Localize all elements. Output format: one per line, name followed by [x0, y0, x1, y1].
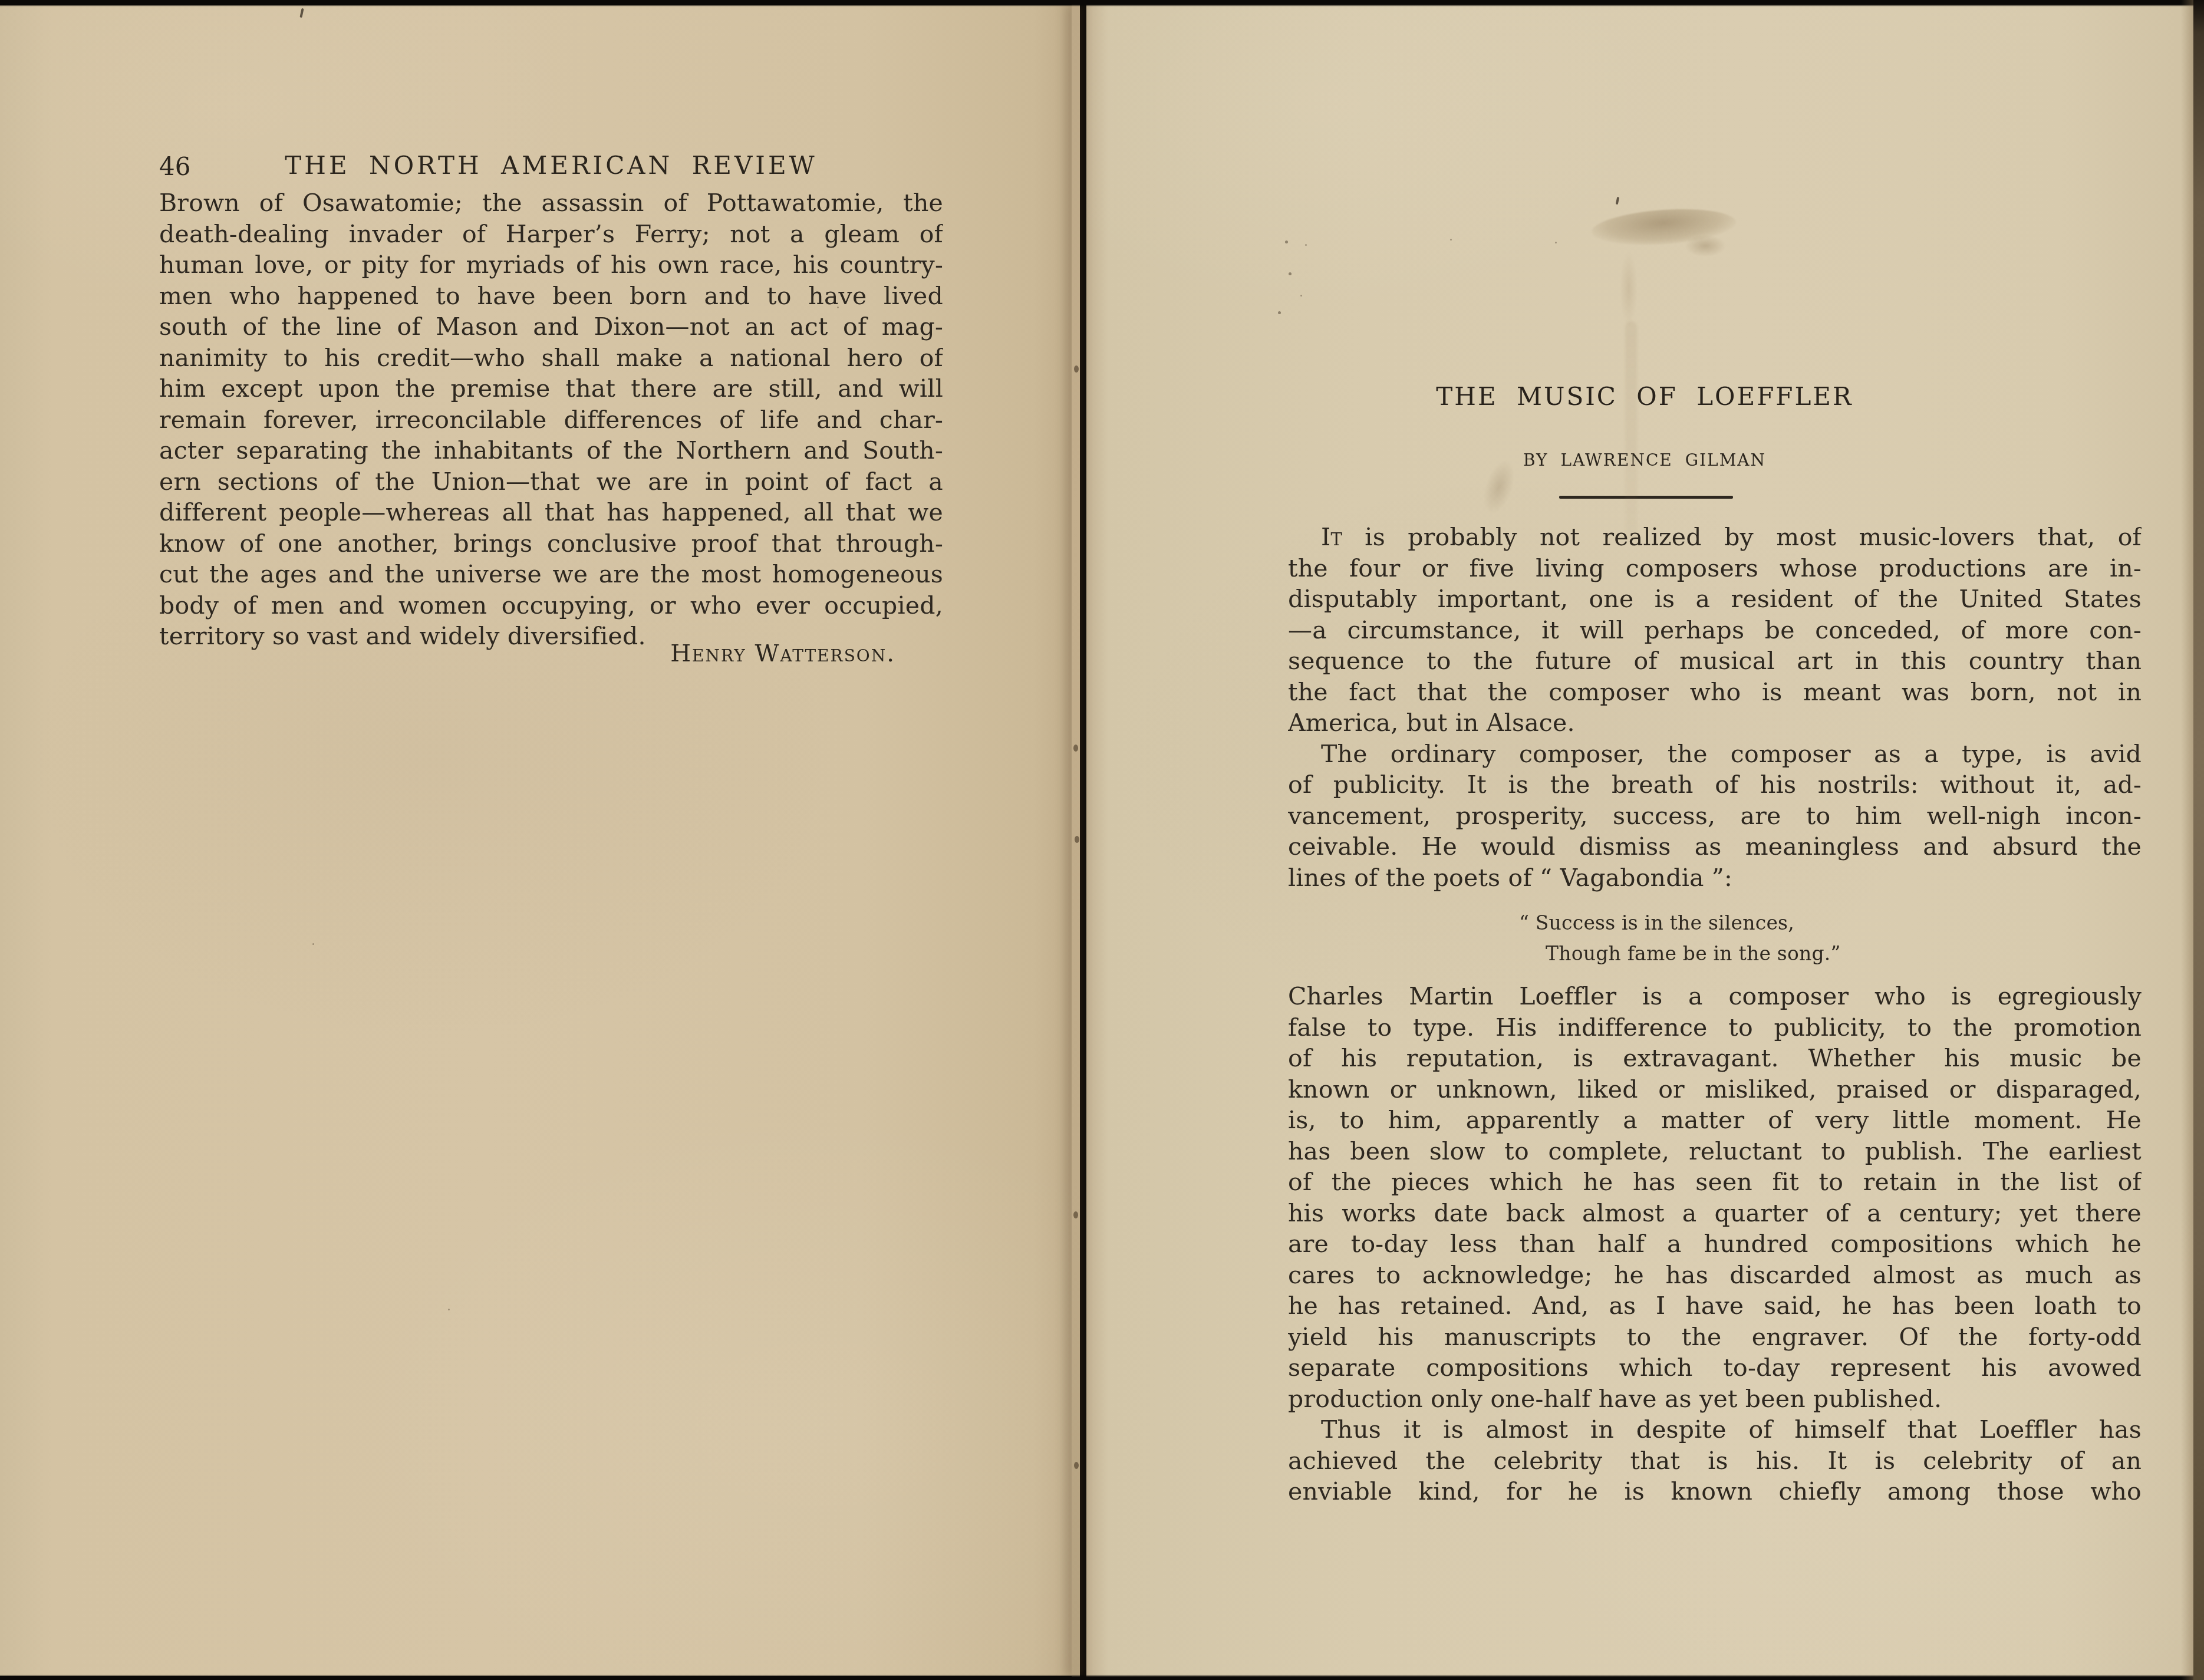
text-line: of the pieces which he has seen fit to r… — [1288, 1167, 2142, 1198]
text-line: has been slow to complete, reluctant to … — [1288, 1136, 2142, 1167]
author-signature: Henry Watterson. — [159, 640, 943, 667]
left-body-text: Brown of Osawatomie; the assassin of Pot… — [159, 187, 943, 652]
text-line: lines of the poets of “ Vagabondia ”: — [1288, 862, 2142, 894]
text-line: vancement, prosperity, success, are to h… — [1288, 801, 2142, 832]
text-line: disputably important, one is a resident … — [1288, 584, 2142, 615]
dust-speck — [1300, 295, 1302, 297]
text-line: are to-day less than half a hundred comp… — [1288, 1228, 2142, 1260]
running-title: THE NORTH AMERICAN REVIEW — [285, 151, 818, 180]
left-page-header: 46 THE NORTH AMERICAN REVIEW — [159, 151, 943, 180]
text-line: ern sections of the Union—that we are in… — [159, 466, 943, 498]
text-line: body of men and women occupying, or who … — [159, 590, 943, 621]
text-line: his works date back almost a quarter of … — [1288, 1198, 2142, 1229]
text-line: yield his manuscripts to the engraver. O… — [1288, 1322, 2142, 1353]
text-line: men who happened to have been born and t… — [159, 281, 943, 312]
text-line: acter separating the inhabitants of the … — [159, 435, 943, 466]
text-line: achieved the celebrity that is his. It i… — [1288, 1445, 2142, 1477]
quote-line: “ Success is in the silences, — [1519, 908, 2142, 938]
dust-speck — [1555, 242, 1557, 243]
text-line: he has retained. And, as I have said, he… — [1288, 1290, 2142, 1322]
text-line: It is probably not realized by most musi… — [1288, 522, 2142, 553]
text-line: enviable kind, for he is known chiefly a… — [1288, 1476, 2142, 1507]
paper-stain — [1620, 251, 1638, 327]
text-line: cares to acknowledge; he has discarded a… — [1288, 1260, 2142, 1291]
text-line: Thus it is almost in despite of himself … — [1288, 1414, 2142, 1445]
text-line: The ordinary composer, the composer as a… — [1288, 739, 2142, 770]
verse-quote: “ Success is in the silences, Though fam… — [1288, 908, 2142, 969]
right-body-text: It is probably not realized by most musi… — [1288, 522, 2142, 1507]
binding-stitch — [1073, 745, 1078, 752]
dust-speck — [1305, 244, 1307, 246]
text-line: of publicity. It is the breath of his no… — [1288, 769, 2142, 801]
lead-small-caps: It — [1321, 523, 1342, 551]
binding-stitch — [1075, 836, 1079, 843]
text-line: nanimity to his credit—who shall make a … — [159, 342, 943, 374]
dust-speck — [1285, 241, 1288, 243]
text-line: —a circumstance, it will perhaps be conc… — [1288, 615, 2142, 646]
text-line: America, but in Alsace. — [1288, 707, 2142, 739]
text-line: of his reputation, is extravagant. Wheth… — [1288, 1043, 2142, 1074]
text-line: the four or five living composers whose … — [1288, 553, 2142, 584]
text-line: production only one-half have as yet bee… — [1288, 1383, 2142, 1415]
text-line: the fact that the composer who is meant … — [1288, 677, 2142, 708]
text-line: Brown of Osawatomie; the assassin of Pot… — [159, 187, 943, 219]
dust-speck — [1289, 272, 1292, 275]
paper-stain — [1625, 321, 1637, 539]
article-byline: BY LAWRENCE GILMAN — [1279, 450, 2010, 470]
ink-mark — [299, 8, 304, 18]
book-fore-edge-shadow — [2181, 0, 2193, 1680]
text-line: south of the line of Mason and Dixon—not… — [159, 311, 943, 342]
text-line: false to type. His indifference to publi… — [1288, 1012, 2142, 1043]
article-title: THE MUSIC OF LOEFFLER — [1279, 382, 2010, 411]
text-line: known or unknown, liked or misliked, pra… — [1288, 1074, 2142, 1105]
ink-mark — [1616, 197, 1620, 205]
text-line-rest: is probably not realized by most music-l… — [1342, 523, 2142, 551]
book-scan: 46 THE NORTH AMERICAN REVIEW Brown of Os… — [0, 0, 2204, 1680]
dust-speck — [312, 943, 314, 945]
dust-speck — [448, 1309, 450, 1310]
page-number: 46 — [159, 152, 190, 181]
text-line: know of one another, brings conclusive p… — [159, 528, 943, 559]
binding-stitch — [1073, 1211, 1078, 1218]
text-line: Charles Martin Loeffler is a composer wh… — [1288, 981, 2142, 1012]
text-line: cut the ages and the universe we are the… — [159, 559, 943, 590]
binding-stitch — [1074, 365, 1079, 373]
title-divider-rule — [1559, 496, 1733, 499]
scan-edge-bottom — [0, 1675, 2204, 1680]
text-line: human love, or pity for myriads of his o… — [159, 249, 943, 281]
text-line: different people—whereas all that has ha… — [159, 497, 943, 528]
dust-speck — [1278, 311, 1281, 314]
text-line: him except upon the premise that there a… — [159, 373, 943, 404]
text-line: ceivable. He would dismiss as meaningles… — [1288, 831, 2142, 862]
text-line: is, to him, apparently a matter of very … — [1288, 1105, 2142, 1136]
quote-line: Though fame be in the song.” — [1546, 938, 2142, 969]
paper-stain — [1590, 205, 1737, 249]
text-line: sequence to the future of musical art in… — [1288, 645, 2142, 677]
paper-stain — [1685, 235, 1726, 257]
text-line: separate compositions which to-day repre… — [1288, 1352, 2142, 1383]
book-fore-edge — [2193, 0, 2204, 1680]
binding-stitch — [1074, 1462, 1079, 1469]
text-line: remain forever, irreconcilable differenc… — [159, 404, 943, 436]
text-line: death-dealing invader of Harper’s Ferry;… — [159, 219, 943, 250]
scan-edge-top — [0, 0, 2204, 6]
dust-speck — [1450, 239, 1452, 241]
